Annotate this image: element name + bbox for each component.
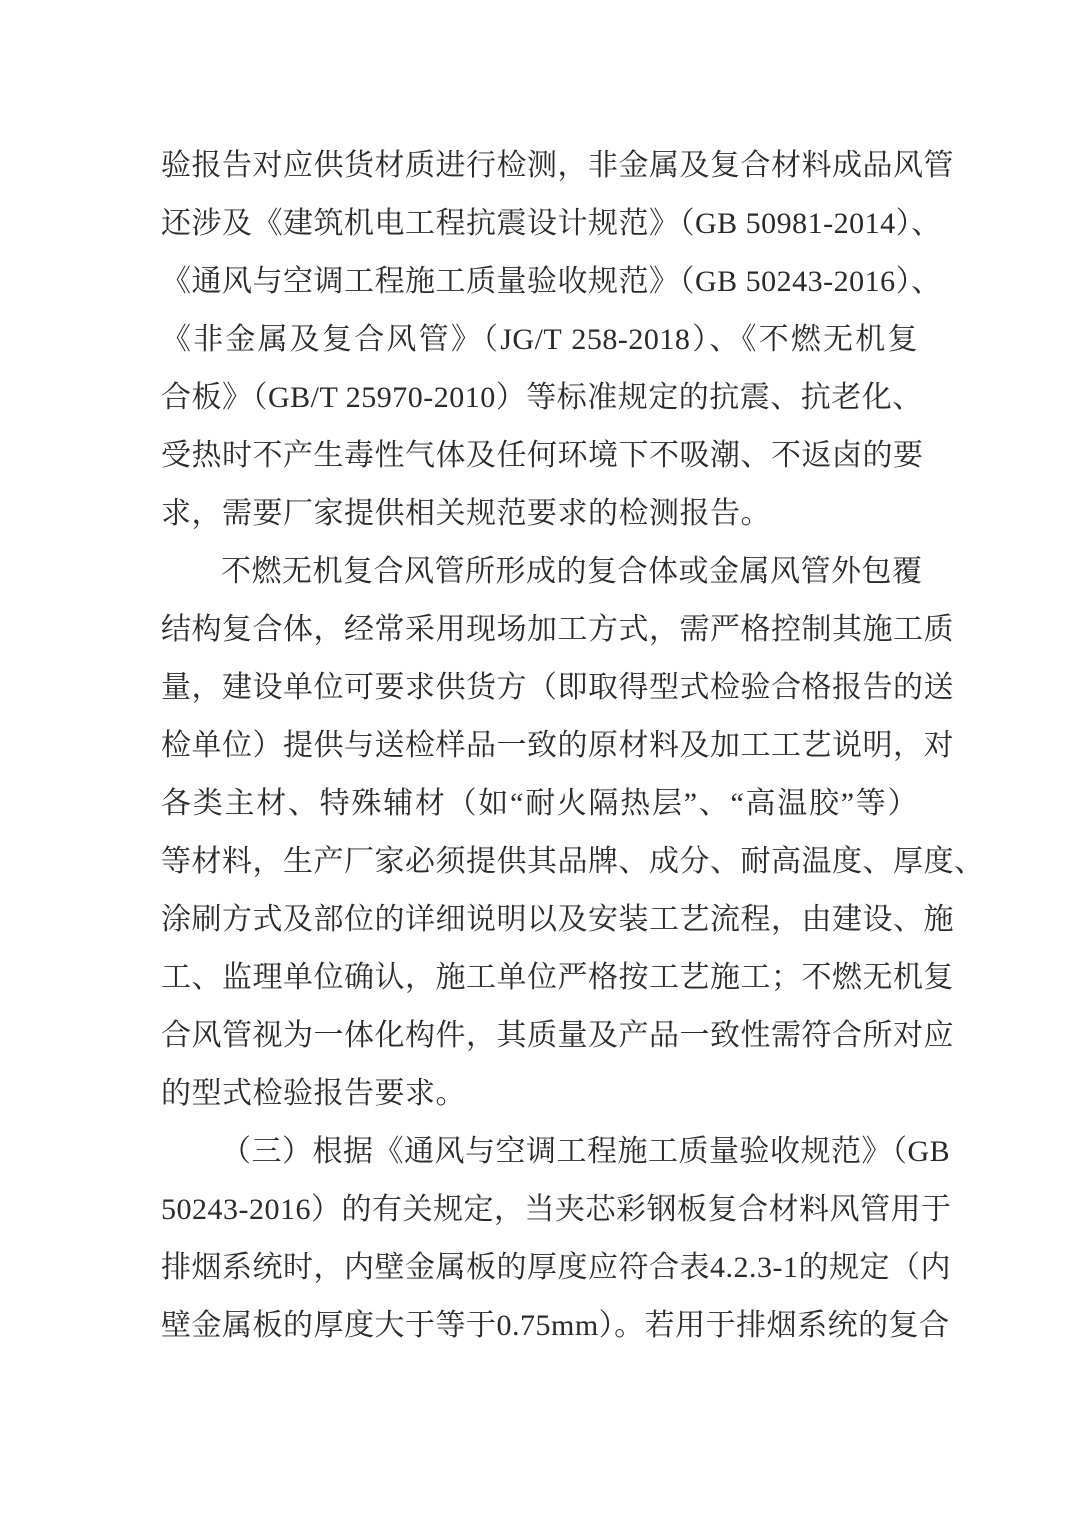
text-line: 检单位）提供与送检样品一致的原材料及加工工艺说明，对 xyxy=(161,717,918,775)
text-line: 壁金属板的厚度大于等于0.75mm）。若用于排烟系统的复合 xyxy=(161,1297,918,1355)
text-line: 还涉及《建筑机电工程抗震设计规范》（GB 50981-2014）、 xyxy=(161,195,918,253)
text-line: 等材料，生产厂家必须提供其品牌、成分、耐高温度、厚度、 xyxy=(161,833,918,891)
text-line: 50243-2016）的有关规定，当夹芯彩钢板复合材料风管用于 xyxy=(161,1181,918,1239)
text-line: 工、监理单位确认，施工单位严格按工艺施工；不燃无机复 xyxy=(161,949,918,1007)
text-line: （三）根据《通风与空调工程施工质量验收规范》（GB xyxy=(161,1123,918,1181)
text-line: 验报告对应供货材质进行检测，非金属及复合材料成品风管 xyxy=(161,137,918,195)
text-line: 排烟系统时，内壁金属板的厚度应符合表4.2.3-1的规定（内 xyxy=(161,1239,918,1297)
paragraph: 不燃无机复合风管所形成的复合体或金属风管外包覆 结构复合体，经常采用现场加工方式… xyxy=(161,543,918,1123)
paragraph: （三）根据《通风与空调工程施工质量验收规范》（GB 50243-2016）的有关… xyxy=(161,1123,918,1355)
text-line: 《通风与空调工程施工质量验收规范》（GB 50243-2016）、 xyxy=(161,253,918,311)
text-line: 的型式检验报告要求。 xyxy=(161,1065,918,1123)
text-line: 涂刷方式及部位的详细说明以及安装工艺流程，由建设、施 xyxy=(161,891,918,949)
text-line: 合板》（GB/T 25970-2010）等标准规定的抗震、抗老化、 xyxy=(161,369,918,427)
paragraph: 验报告对应供货材质进行检测，非金属及复合材料成品风管 还涉及《建筑机电工程抗震设… xyxy=(161,137,918,543)
text-line: 结构复合体，经常采用现场加工方式，需严格控制其施工质 xyxy=(161,601,918,659)
text-line: 量，建设单位可要求供货方（即取得型式检验合格报告的送 xyxy=(161,659,918,717)
text-line: 不燃无机复合风管所形成的复合体或金属风管外包覆 xyxy=(161,543,918,601)
page-text-block: 验报告对应供货材质进行检测，非金属及复合材料成品风管 还涉及《建筑机电工程抗震设… xyxy=(161,137,918,1355)
text-line: 受热时不产生毒性气体及任何环境下不吸潮、不返卤的要 xyxy=(161,427,918,485)
text-line: 合风管视为一体化构件，其质量及产品一致性需符合所对应 xyxy=(161,1007,918,1065)
text-line: 各类主材、特殊辅材（如“耐火隔热层”、“高温胶”等） xyxy=(161,775,918,833)
text-line: 《非金属及复合风管》（JG/T 258-2018）、《不燃无机复 xyxy=(161,311,918,369)
text-line: 求，需要厂家提供相关规范要求的检测报告。 xyxy=(161,485,918,543)
document-page: 验报告对应供货材质进行检测，非金属及复合材料成品风管 还涉及《建筑机电工程抗震设… xyxy=(0,0,1080,1527)
